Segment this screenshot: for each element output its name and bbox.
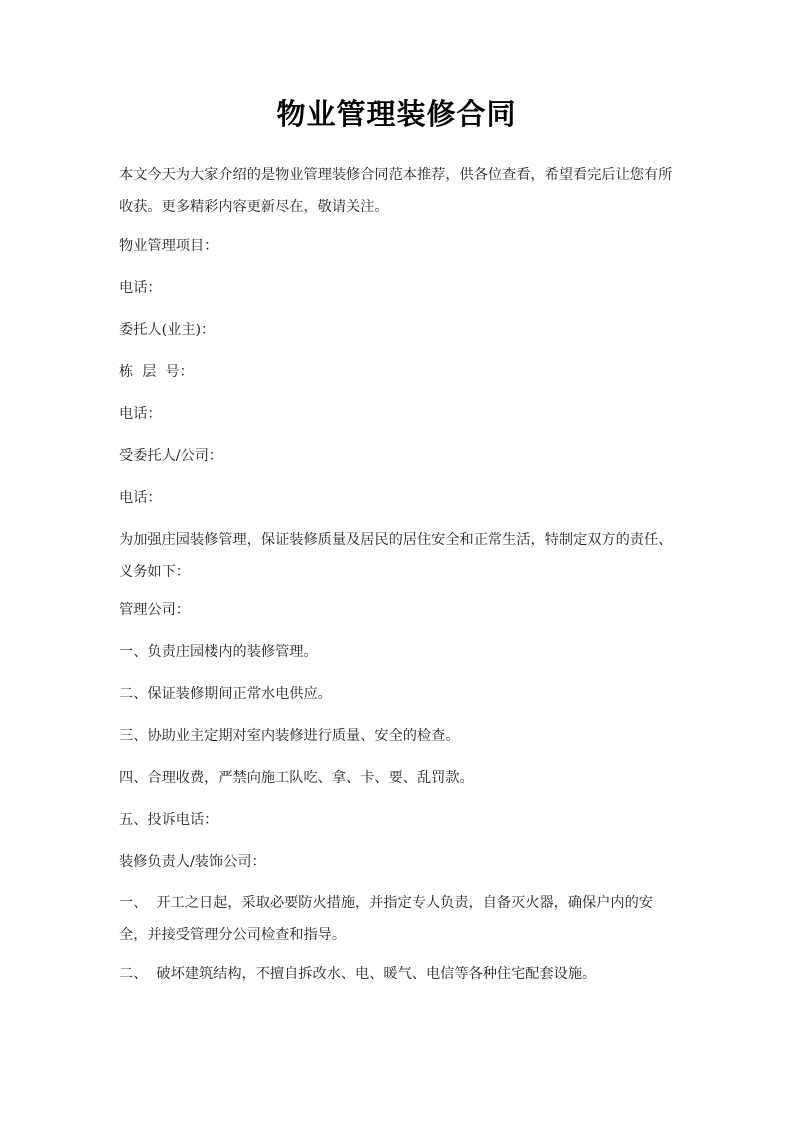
contractor-company-field: 受委托人/公司： [119, 440, 679, 472]
decoration-company-heading: 装修负责人/装饰公司： [119, 846, 679, 878]
management-clause-4: 四、合理收费，严禁向施工队吃、拿、卡、要、乱罚款。 [119, 762, 679, 794]
building-floor-number-field: 栋 层 号： [119, 356, 679, 388]
management-clause-2: 二、保证装修期间正常水电供应。 [119, 678, 679, 710]
client-phone-field: 电话： [119, 398, 679, 430]
contractor-phone-field: 电话： [119, 482, 679, 514]
document-page: 物业管理装修合同 本文今天为大家介绍的是物业管理装修合同范本推荐，供各位查看，希… [0, 0, 793, 1122]
property-project-field: 物业管理项目： [119, 230, 679, 262]
decoration-clause-2: 二、 破坏建筑结构，不擅自拆改水、电、暖气、电信等各种住宅配套设施。 [119, 958, 679, 990]
purpose-paragraph: 为加强庄园装修管理，保证装修质量及居民的居住安全和正常生活，特制定双方的责任、义… [119, 524, 679, 588]
document-title: 物业管理装修合同 [0, 94, 793, 134]
management-clause-1: 一、负责庄园楼内的装修管理。 [119, 636, 679, 668]
property-phone-field: 电话： [119, 272, 679, 304]
management-clause-5: 五、投诉电话： [119, 804, 679, 836]
decoration-clause-1: 一、 开工之日起，采取必要防火措施，并指定专人负责，自备灭火器，确保户内的安全，… [119, 887, 679, 951]
client-owner-field: 委托人(业主)： [119, 314, 679, 346]
intro-paragraph: 本文今天为大家介绍的是物业管理装修合同范本推荐，供各位查看，希望看完后让您有所收… [119, 159, 679, 223]
management-clause-3: 三、协助业主定期对室内装修进行质量、安全的检查。 [119, 720, 679, 752]
management-company-heading: 管理公司： [119, 594, 679, 626]
